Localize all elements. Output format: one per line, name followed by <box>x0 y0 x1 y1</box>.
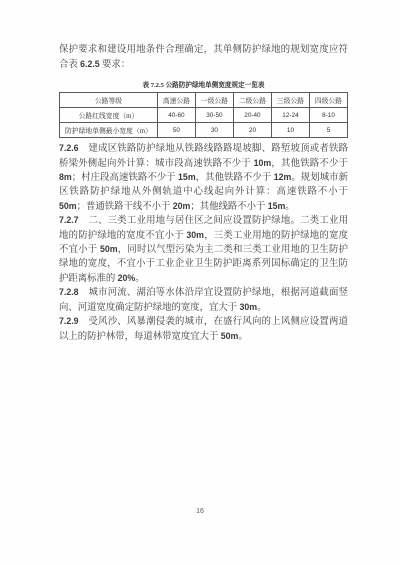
text-run: 。 <box>257 303 266 313</box>
text-run: ，其他铁路不少于 <box>196 173 274 183</box>
road-grade-table: 公路等级高速公路一级公路二级公路三级公路四级公路 公路红线宽度（m）40-603… <box>59 92 348 138</box>
paragraph-7.2.6: 7.2.6 建成区铁路防护绿地从铁路线路路堤坡脚、路堑坡顶或者铁路桥梁外侧起向外… <box>59 142 348 214</box>
page-number: 16 <box>0 508 400 515</box>
bold-value: 7.2.9 <box>59 316 79 326</box>
bold-value: 7.2.6 <box>59 143 79 153</box>
text-run: 城市河流、湖泊等水体沿岸宜设置防护绿地，根据河道截面竖向、河道宽度确定防护绿地的… <box>59 288 348 313</box>
table-row: 公路红线宽度（m）40-6030-5020-4012-248-10 <box>60 108 348 123</box>
value-cell: 50 <box>157 123 195 138</box>
value-cell: 12-24 <box>271 108 309 123</box>
bold-value: 50m <box>100 244 118 254</box>
text-run: 。 <box>285 202 294 212</box>
bold-value: 15m <box>268 201 286 211</box>
bold-value: 7.2.7 <box>59 215 79 225</box>
header-cell: 三级公路 <box>271 93 309 108</box>
paragraph-7.2.8: 7.2.8 城市河流、湖泊等水体沿岸宜设置防护绿地，根据河道截面竖向、河道宽度确… <box>59 286 348 315</box>
intro-paragraph: 保护要求和建设用地条件合理确定，其单侧防护绿地的规划宽度应符合表 6.2.5 要… <box>59 44 348 72</box>
value-cell: 40-60 <box>157 108 195 123</box>
text-run: 要求： <box>100 60 130 70</box>
text-run: ；普通铁路干线不小于 <box>77 202 173 212</box>
header-cell: 高速公路 <box>157 93 195 108</box>
paragraphs: 7.2.6 建成区铁路防护绿地从铁路线路路堤坡脚、路堑坡顶或者铁路桥梁外侧起向外… <box>59 142 348 344</box>
bold-value: 8m <box>59 172 72 182</box>
paragraph-7.2.9: 7.2.9 受风沙、风暴潮侵袭的城市，在盛行风向的上风侧应设置两道以上的防护林带… <box>59 315 348 344</box>
bold-value: 20m <box>173 201 191 211</box>
bold-value: 12m <box>274 172 292 182</box>
value-cell: 20 <box>233 123 271 138</box>
value-cell: 30-50 <box>195 108 233 123</box>
header-cell: 二级公路 <box>233 93 271 108</box>
bold-value: 50m <box>59 201 77 211</box>
bold-value: 30m <box>239 302 257 312</box>
bold-value: 6.2.5 <box>80 59 100 69</box>
header-cell: 公路等级 <box>60 93 158 108</box>
bold-value: 20% <box>118 273 136 283</box>
document-page: 保护要求和建设用地条件合理确定，其单侧防护绿地的规划宽度应符合表 6.2.5 要… <box>0 0 400 565</box>
bold-value: 7.2.8 <box>59 287 79 297</box>
paragraph-7.2.7: 7.2.7 二、三类工业用地与居住区之间应设置防护绿地。二类工业用地的防护绿地的… <box>59 214 348 286</box>
value-cell: 30 <box>195 123 233 138</box>
value-cell: 5 <box>309 123 347 138</box>
table-body: 公路红线宽度（m）40-6030-5020-4012-248-10防护绿地单侧最… <box>60 108 348 138</box>
value-cell: 10 <box>271 123 309 138</box>
bold-value: 30m <box>186 230 204 240</box>
text-run: ；其他线路不小于 <box>190 202 267 212</box>
text-run: 。 <box>238 332 247 342</box>
bold-value: 10m <box>254 158 272 168</box>
header-cell: 四级公路 <box>309 93 347 108</box>
text-run: ，其他铁路不少于 <box>271 159 348 169</box>
value-cell: 8-10 <box>309 108 347 123</box>
header-cell: 一级公路 <box>195 93 233 108</box>
bold-value: 15m <box>178 172 196 182</box>
page-content: 保护要求和建设用地条件合理确定，其单侧防护绿地的规划宽度应符合表 6.2.5 要… <box>59 44 348 345</box>
text-run: ；村庄段高速铁路不少于 <box>72 173 178 183</box>
value-cell: 20-40 <box>233 108 271 123</box>
table-header-row: 公路等级高速公路一级公路二级公路三级公路四级公路 <box>60 93 348 108</box>
row-label-cell: 公路红线宽度（m） <box>60 108 158 123</box>
text-run: 。 <box>135 274 144 284</box>
table-row: 防护绿地单侧最小宽度（m）503020105 <box>60 123 348 138</box>
table-header: 公路等级高速公路一级公路二级公路三级公路四级公路 <box>60 93 348 108</box>
table-caption: 表 7.2.5 公路防护绿地单侧宽度规定一览表 <box>59 79 348 89</box>
text-run: 受风沙、风暴潮侵袭的城市，在盛行风向的上风侧应设置两道以上的防护林带，每道林带宽… <box>59 317 348 342</box>
bold-value: 50m <box>221 331 239 341</box>
row-label-cell: 防护绿地单侧最小宽度（m） <box>60 123 158 138</box>
